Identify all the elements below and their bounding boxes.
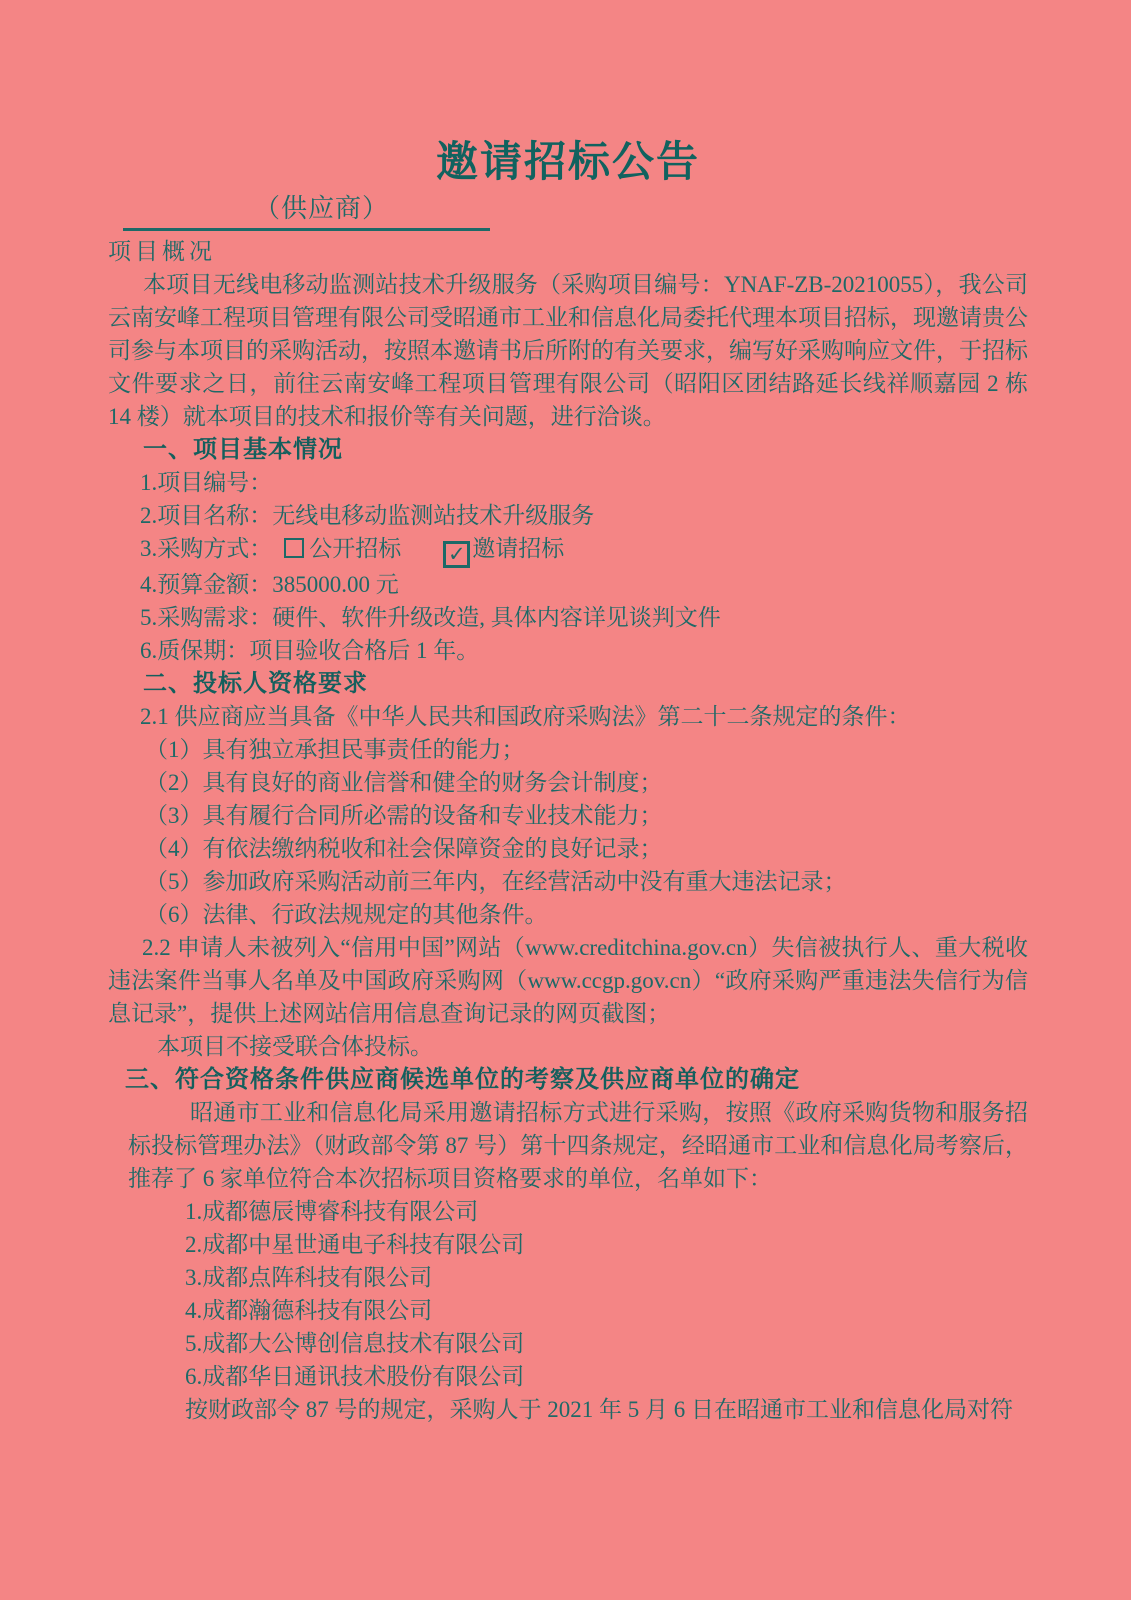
section-2-heading: 二、投标人资格要求 [143,667,1028,700]
condition-item-6: （6）法律、行政法规规定的其他条件。 [145,898,1028,931]
closing-line: 按财政部令 87 号的规定，采购人于 2021 年 5 月 6 日在昭通市工业和… [108,1393,1028,1426]
document-page: 邀请招标公告 （供应商） 项目概况 本项目无线电移动监测站技术升级服务（采购项目… [0,0,1131,1600]
credit-record-clause: 2.2 申请人未被列入“信用中国”网站（www.creditchina.gov.… [108,931,1028,1030]
section-1-heading: 一、项目基本情况 [143,433,1028,466]
document-title: 邀请招标公告 [108,136,1028,188]
overview-heading: 项目概况 [108,235,1028,268]
checkmark-icon: ✓ [448,543,466,566]
item-budget: 4.预算金额：385000.00 元 [140,568,1028,601]
qualification-intro: 2.1 供应商应当具备《中华人民共和国政府采购法》第二十二条规定的条件： [140,700,1028,733]
company-item-5: 5.成都大公博创信息技术有限公司 [185,1327,1028,1360]
item-procurement-method: 3.采购方式：公开招标✓邀请招标 [140,532,1028,568]
public-tender-label: 公开招标 [309,536,401,561]
company-item-2: 2.成都中星世通电子科技有限公司 [185,1228,1028,1261]
condition-item-5: （5）参加政府采购活动前三年内，在经营活动中没有重大违法记录； [145,865,1028,898]
item-project-number: 1.项目编号： [140,466,1028,499]
supplier-label: （供应商） [254,194,389,223]
condition-item-4: （4）有依法缴纳税收和社会保障资金的良好记录； [145,832,1028,865]
condition-item-3: （3）具有履行合同所必需的设备和专业技术能力； [145,799,1028,832]
item-requirement: 5.采购需求：硬件、软件升级改造, 具体内容详见谈判文件 [140,601,1028,634]
checkbox-public-tender[interactable] [284,538,304,558]
no-consortium-note: 本项目不接受联合体投标。 [157,1030,1028,1063]
item-warranty: 6.质保期：项目验收合格后 1 年。 [140,634,1028,667]
condition-item-1: （1）具有独立承担民事责任的能力； [145,733,1028,766]
item-project-name: 2.项目名称：无线电移动监测站技术升级服务 [140,499,1028,532]
invited-tender-label: 邀请招标 [472,536,564,561]
supplier-blank-line: （供应商） [123,190,490,231]
company-item-6: 6.成都华日通讯技术股份有限公司 [185,1360,1028,1393]
company-item-1: 1.成都德辰博睿科技有限公司 [185,1195,1028,1228]
company-item-3: 3.成都点阵科技有限公司 [185,1261,1028,1294]
procurement-method-label: 3.采购方式： [140,536,272,561]
candidates-intro: 昭通市工业和信息化局采用邀请招标方式进行采购，按照《政府采购货物和服务招标投标管… [128,1096,1028,1195]
condition-item-2: （2）具有良好的商业信誉和健全的财务会计制度； [145,766,1028,799]
checkbox-invited-tender[interactable]: ✓ [443,541,470,568]
overview-paragraph: 本项目无线电移动监测站技术升级服务（采购项目编号：YNAF-ZB-2021005… [108,268,1028,433]
document-body: 项目概况 本项目无线电移动监测站技术升级服务（采购项目编号：YNAF-ZB-20… [108,235,1028,1426]
section-3-heading: 三、符合资格条件供应商候选单位的考察及供应商单位的确定 [125,1063,1028,1096]
company-item-4: 4.成都瀚德科技有限公司 [185,1294,1028,1327]
